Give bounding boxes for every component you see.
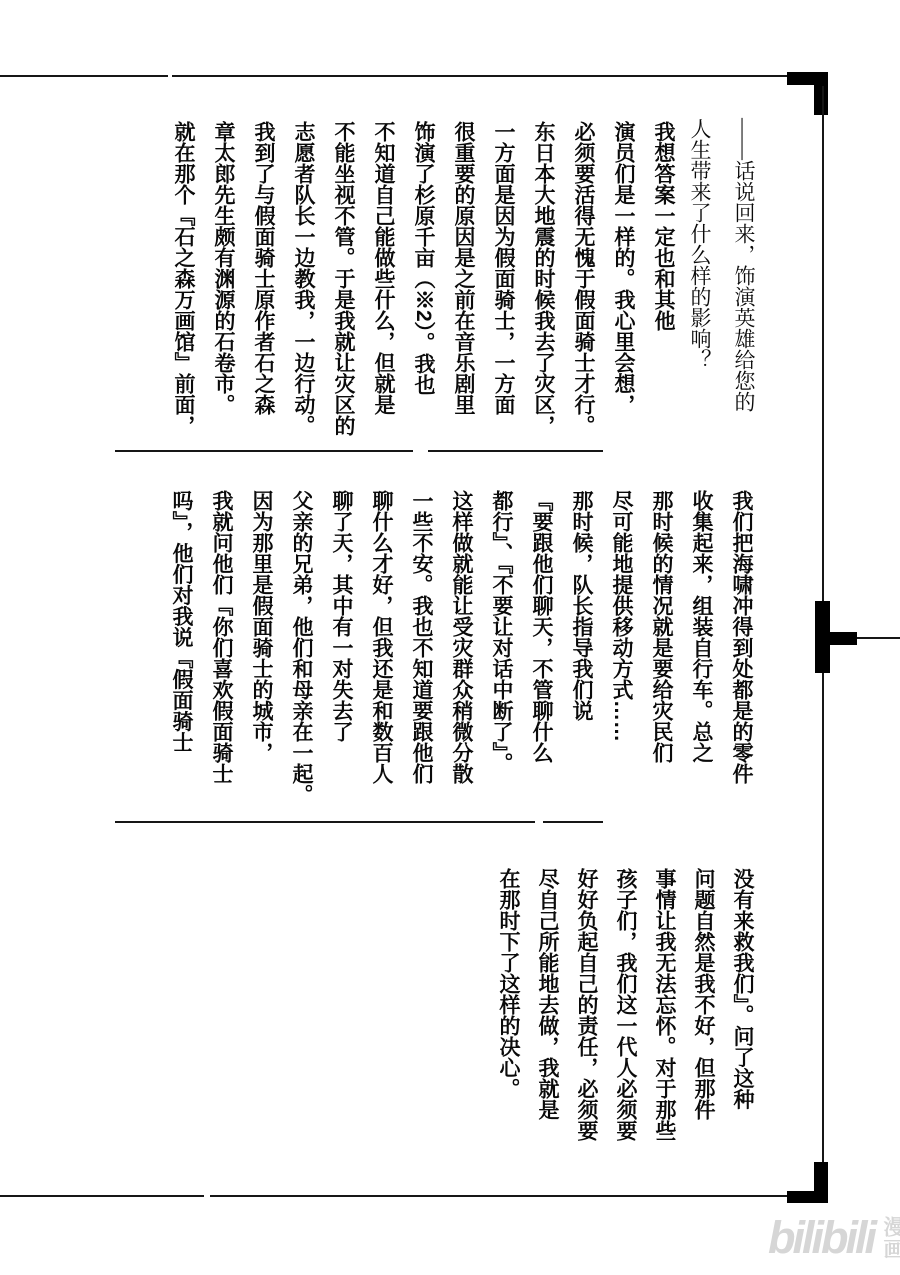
text-column: 人生带来了什么样的影响？ bbox=[678, 118, 722, 412]
answer-paragraph-3: 没有来救我们』。问了这种 问题自然是我不好，但那件 事情让我无法忘怀。对于那些 … bbox=[489, 868, 762, 1141]
text-column: 收集起来，组装自行车。总之 bbox=[681, 490, 721, 805]
text-column: 志愿者队长一边教我，一边行动。 bbox=[283, 121, 323, 436]
text-column: 好好负起自己的责任，必须要 bbox=[567, 868, 606, 1141]
text-column: 不能坐视不管。于是我就让灾区的 bbox=[323, 121, 363, 436]
text-column: 在那时下了这样的决心。 bbox=[489, 868, 528, 1141]
manga-interview-page: ——话说回来，饰演英雄给您的 人生带来了什么样的影响？ 我想答案一定也和其他 演… bbox=[0, 0, 900, 1275]
text-column: 一些不安。我也不知道要跟他们 bbox=[401, 490, 441, 805]
register-mark-middle-horizontal bbox=[830, 632, 857, 645]
text-column: ——话说回来，饰演英雄给您的 bbox=[722, 118, 766, 412]
separator-1-left bbox=[115, 450, 413, 452]
text-column: 就在那个『石之森万画馆』前面， bbox=[163, 121, 203, 436]
text-column: 我想答案一定也和其他 bbox=[643, 121, 683, 436]
text-column: 都行』、『不要让对话中断了』。 bbox=[481, 490, 521, 805]
text-column: 没有来救我们』。问了这种 bbox=[723, 868, 762, 1141]
corner-mark-top-right-vertical bbox=[814, 72, 828, 115]
answer-paragraph-2: 我们把海啸冲得到处都是的零件 收集起来，组装自行车。总之 那时候的情况就是要给灾… bbox=[161, 490, 761, 805]
text-column: 事情让我无法忘怀。对于那些 bbox=[645, 868, 684, 1141]
text-column: 孩子们，我们这一代人必须要 bbox=[606, 868, 645, 1141]
text-column: 我到了与假面骑士原作者石之森 bbox=[243, 121, 283, 436]
answer-paragraph-1: 我想答案一定也和其他 演员们是一样的。我心里会想， 必须要活得无愧于假面骑士才行… bbox=[163, 121, 683, 436]
bottom-trim-line-right bbox=[210, 1195, 787, 1197]
text-column: 问题自然是我不好，但那件 bbox=[684, 868, 723, 1141]
text-column: 父亲的兄弟，他们和母亲在一起。 bbox=[281, 490, 321, 805]
bilibili-watermark: bilibili 漫画 bbox=[768, 1214, 900, 1262]
bottom-trim-line-left bbox=[0, 1195, 204, 1197]
text-column: 聊了天，其中有一对失去了 bbox=[321, 490, 361, 805]
bilibili-manga-label: 漫画 bbox=[880, 1216, 900, 1260]
text-column: 这样做就能让受灾群众稍微分散 bbox=[441, 490, 481, 805]
separator-2-left bbox=[115, 821, 535, 823]
text-column: 东日本大地震的时候我去了灾区， bbox=[523, 121, 563, 436]
text-column: 那时候的情况就是要给灾民们 bbox=[641, 490, 681, 805]
text-column: 吗』，他们对我说『假面骑士 bbox=[161, 490, 201, 805]
text-column: 我就问他们『你们喜欢假面骑士 bbox=[201, 490, 241, 805]
separator-1-right bbox=[428, 450, 603, 452]
text-column: 一方面是因为假面骑士，一方面 bbox=[483, 121, 523, 436]
register-mark-middle-line bbox=[857, 637, 900, 639]
text-column: 演员们是一样的。我心里会想， bbox=[603, 121, 643, 436]
text-column: 『要跟他们聊天，不管聊什么 bbox=[521, 490, 561, 805]
text-column: 必须要活得无愧于假面骑士才行。 bbox=[563, 121, 603, 436]
text-column: 尽自己所能地去做，我就是 bbox=[528, 868, 567, 1141]
bilibili-logo: bilibili bbox=[768, 1214, 874, 1262]
text-column: 很重要的原因是之前在音乐剧里 bbox=[443, 121, 483, 436]
interviewer-question: ——话说回来，饰演英雄给您的 人生带来了什么样的影响？ bbox=[678, 118, 766, 412]
text-column: 饰演了杉原千亩（※2）。我也 bbox=[403, 121, 443, 436]
text-column: 章太郎先生颇有渊源的石卷市。 bbox=[203, 121, 243, 436]
register-mark-middle-vertical bbox=[815, 601, 830, 673]
separator-2-right bbox=[543, 821, 603, 823]
text-column: 聊什么才好，但我还是和数百人 bbox=[361, 490, 401, 805]
text-column: 因为那里是假面骑士的城市， bbox=[241, 490, 281, 805]
text-column: 我们把海啸冲得到处都是的零件 bbox=[721, 490, 761, 805]
corner-mark-bottom-right-horizontal bbox=[787, 1191, 828, 1203]
top-trim-line-right bbox=[172, 75, 787, 77]
text-column: 尽可能地提供移动方式…… bbox=[601, 490, 641, 805]
text-column: 那时候，队长指导我们说 bbox=[561, 490, 601, 805]
text-column: 不知道自己能做些什么，但就是 bbox=[363, 121, 403, 436]
top-trim-line-left bbox=[0, 75, 168, 77]
